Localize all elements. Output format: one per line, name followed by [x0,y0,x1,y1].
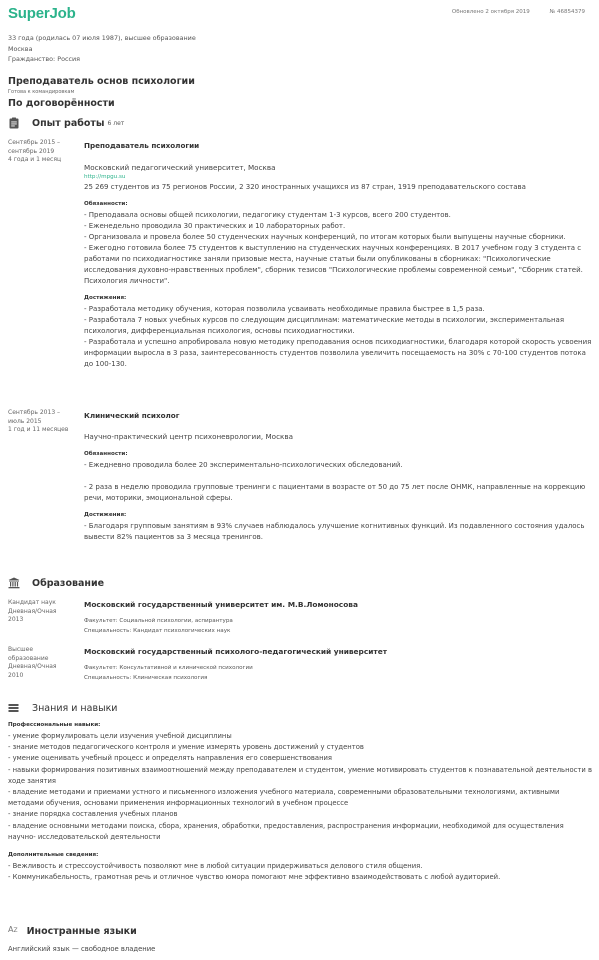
list-icon [8,702,22,714]
job-title: Преподаватель психологии [84,141,594,150]
duration: 1 год и 11 месяцев [8,426,80,435]
duty-item: - Преподавала основы общей психологии, п… [84,210,594,221]
company-about: 25 269 студентов из 75 регионов России, … [84,182,594,193]
achievements-list: - Разработала методику обучения, которая… [84,304,594,370]
duty-item: - 2 раза в неделю проводила групповые тр… [84,482,594,504]
experience-heading: Опыт работы 6 лет [8,117,124,129]
company: Научно-практический центр психоневрологи… [84,432,594,441]
achievements-label: Достижения: [84,295,594,301]
age-line: 33 года (родилась 07 июля 1987), высшее … [8,33,196,44]
az-translate-icon: AZ [8,925,18,937]
edu-1: Московский государственный университет и… [84,600,594,636]
duty-item: - Организовала и провела более 50 студен… [84,232,594,243]
edu-university: Московский государственный университет и… [84,600,594,609]
skills-heading: Знания и навыки [8,702,117,714]
job-title: Клинический психолог [84,411,594,420]
skills-section: Профессиональные навыки: - умение формул… [8,722,593,883]
education-heading: Образование [8,577,104,589]
personal-info: 33 года (родилась 07 июля 1987), высшее … [8,33,196,65]
job-1: Преподаватель психологии Московский педа… [84,141,594,370]
period-start: Сентябрь 2013 – [8,409,80,418]
company-url[interactable]: http://mpgu.su [84,174,594,180]
edu-1-meta: Кандидат наук Дневная/Очная 2013 [8,599,80,625]
duty-item: - Ежегодно готовила более 75 студентов к… [84,243,594,287]
duties-list: - Преподавала основы общей психологии, п… [84,210,594,287]
period-start: Сентябрь 2015 – [8,139,80,148]
duties-list: - Ежедневно проводила более 20 экспериме… [84,460,594,504]
language-item: Английский язык — свободное владение [8,944,593,955]
additional-label: Дополнительные сведения: [8,852,593,858]
updated-date: Обновлено 2 октября 2019 [452,9,530,15]
edu-faculty: Факультет: Социальной психологии, аспира… [84,616,594,626]
duty-item: - Ежедневно проводила более 20 экспериме… [84,460,594,471]
achievements-list: - Благодаря групповым занятиям в 93% слу… [84,521,594,543]
company: Московский педагогический университет, М… [84,163,594,172]
skill-item: - умение оценивать учебный процесс и опр… [8,753,593,764]
travel-readiness: Готова к командировкам [8,89,74,95]
edu-faculty: Факультет: Консультативной и клинической… [84,663,594,673]
professional-list: - умение формулировать цели изучения уче… [8,731,593,843]
edu-year: 2013 [8,616,80,625]
skills-title: Знания и навыки [32,703,117,714]
achievements-label: Достижения: [84,512,594,518]
duties-label: Обязанности: [84,451,594,457]
header-meta: Обновлено 2 октября 2019 № 46854379 [434,9,585,15]
duty-item: - Еженедельно проводила 30 практических … [84,221,594,232]
period-end: июль 2015 [8,418,80,427]
edu-2-meta: Высшее образование Дневная/Очная 2010 [8,646,68,680]
languages-heading: AZ Иностранные языки [8,925,137,937]
edu-level: Высшее образование [8,646,68,663]
languages-title: Иностранные языки [27,926,137,937]
experience-total: 6 лет [108,120,125,127]
professional-label: Профессиональные навыки: [8,722,593,728]
skill-item: - знание методов педагогического контрол… [8,742,593,753]
clipboard-icon [8,117,22,129]
skill-item: - умение формулировать цели изучения уче… [8,731,593,742]
resume-number: № 46854379 [550,9,585,15]
job-1-period: Сентябрь 2015 – сентябрь 2019 4 года и 1… [8,139,80,165]
additional-list: - Вежливость и стрессоустойчивость позво… [8,861,593,883]
skill-item: - навыки формирования позитивных взаимоо… [8,765,593,787]
achievement-item: - Благодаря групповым занятиям в 93% слу… [84,521,594,543]
edu-speciality: Специальность: Кандидат психологических … [84,626,594,636]
position-title: Преподаватель основ психологии [8,76,195,87]
period-end: сентябрь 2019 [8,148,80,157]
duration: 4 года и 1 месяц [8,156,80,165]
edu-level: Кандидат наук [8,599,80,608]
experience-title: Опыт работы [32,118,105,129]
edu-form: Дневная/Очная [8,608,80,617]
job-2-period: Сентябрь 2013 – июль 2015 1 год и 11 мес… [8,409,80,435]
edu-university: Московский государственный психолого-пед… [84,647,594,656]
skill-item: - знание порядка составления учебных пла… [8,809,593,820]
citizenship: Гражданство: Россия [8,54,196,65]
achievement-item: - Разработала 7 новых учебных курсов по … [84,315,594,337]
edu-speciality: Специальность: Клиническая психология [84,673,594,683]
achievement-item: - Разработала и успешно апробировала нов… [84,337,594,370]
edu-form: Дневная/Очная [8,663,68,672]
additional-item: - Вежливость и стрессоустойчивость позво… [8,861,593,872]
skill-item: - владение основными методами поиска, сб… [8,821,593,843]
duties-label: Обязанности: [84,201,594,207]
salary: По договорённости [8,98,115,109]
city: Москва [8,44,196,55]
achievement-item: - Разработала методику обучения, которая… [84,304,594,315]
job-2: Клинический психолог Научно-практический… [84,411,594,543]
skill-item: - владение методами и приемами устного и… [8,787,593,809]
university-icon [8,577,22,589]
superjob-logo[interactable]: SuperJob [8,5,76,22]
edu-year: 2010 [8,672,68,681]
edu-2: Московский государственный психолого-пед… [84,647,594,683]
education-title: Образование [32,578,104,589]
additional-item: - Коммуникабельность, грамотная речь и о… [8,872,593,883]
